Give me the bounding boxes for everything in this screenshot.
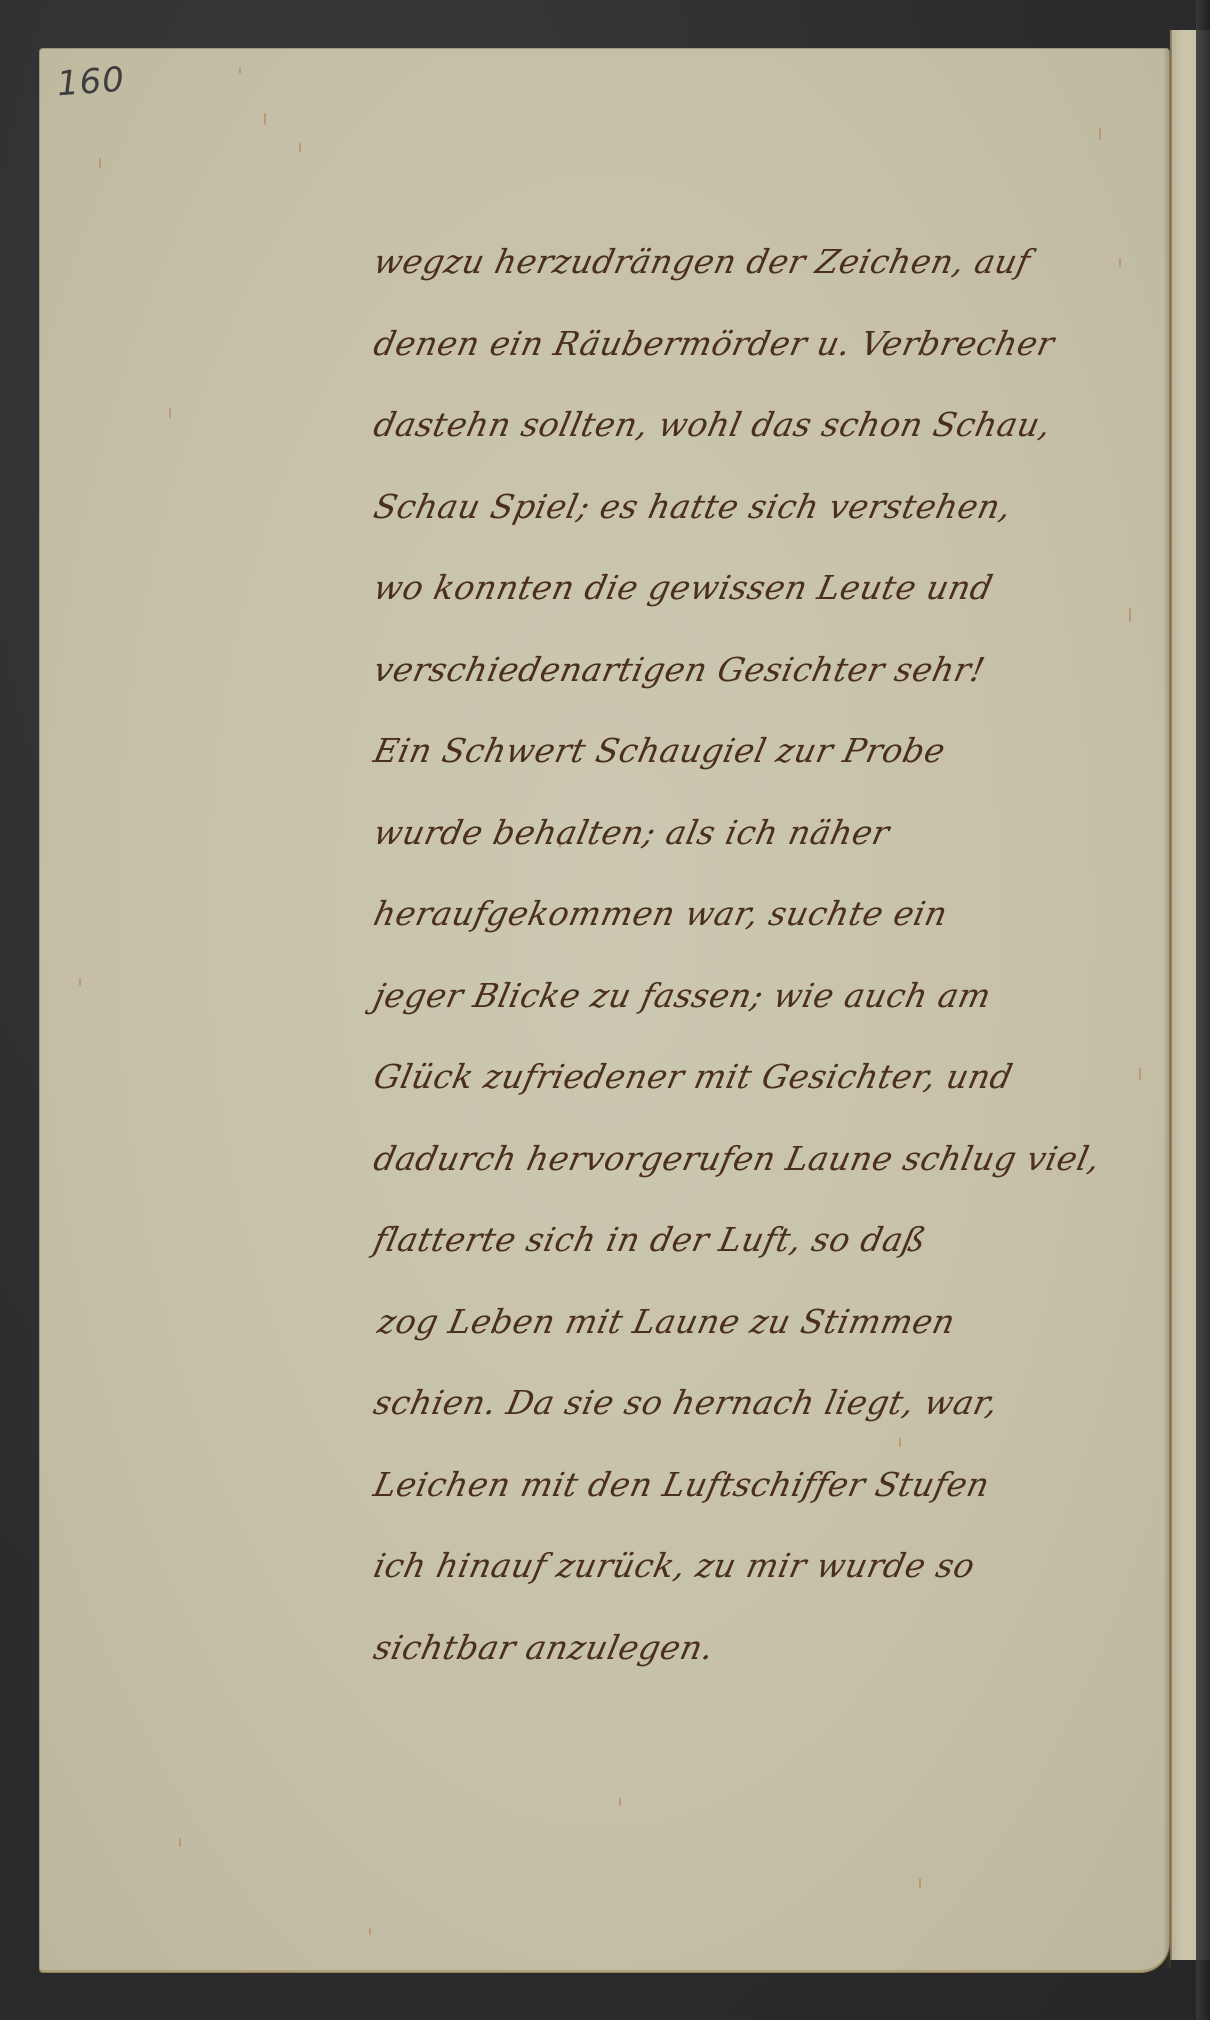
text-line-content: ich hinauf zurück, zu mir wurde so — [368, 1536, 981, 1596]
text-line: Leichen mit den Luftschiffer Stufen — [363, 1455, 1100, 1537]
paper-fiber — [264, 113, 266, 125]
text-line-content: wo konnten die gewissen Leute und — [368, 558, 999, 618]
text-line: wo konnten die gewissen Leute und — [363, 558, 1100, 640]
text-line-content: denen ein Räubermörder u. Verbrecher — [368, 314, 1060, 374]
text-line: denen ein Räubermörder u. Verbrecher — [363, 314, 1100, 396]
text-line-content: schien. Da sie so hernach liegt, war, — [368, 1373, 1004, 1433]
paper-fiber — [919, 1878, 921, 1888]
text-line: Schau Spiel; es hatte sich verstehen, — [363, 477, 1100, 559]
paper-fiber — [99, 158, 101, 168]
text-line-content: wegzu herzudrängen der Zeichen, auf — [368, 232, 1036, 292]
text-line: ich hinauf zurück, zu mir wurde so — [363, 1536, 1100, 1618]
text-line: jeger Blicke zu fassen; wie auch am — [363, 966, 1100, 1048]
text-line-content: Glück zufriedener mit Gesichter, und — [368, 1047, 1019, 1107]
text-line-content: zog Leben mit Laune zu Stimmen — [372, 1292, 961, 1352]
text-line: wurde behalten; als ich näher — [363, 803, 1100, 885]
text-line: verschiedenartigen Gesichter sehr! — [363, 640, 1100, 722]
text-line: sichtbar anzulegen. — [363, 1618, 1100, 1700]
paper-fiber — [369, 1928, 371, 1935]
text-line: zog Leben mit Laune zu Stimmen — [363, 1292, 1100, 1374]
text-line-content: verschiedenartigen Gesichter sehr! — [368, 640, 991, 700]
folio-number: 160 — [56, 60, 127, 105]
text-line: schien. Da sie so hernach liegt, war, — [363, 1373, 1100, 1455]
text-line-content: Schau Spiel; es hatte sich verstehen, — [368, 477, 1017, 537]
text-line: dadurch hervorgerufen Laune schlug viel, — [363, 1129, 1100, 1211]
page-gutter-shadow — [1163, 48, 1171, 1968]
paper-fiber — [1119, 258, 1121, 267]
text-line-content: flatterte sich in der Luft, so daß — [368, 1210, 932, 1270]
text-line-content: jeger Blicke zu fassen; wie auch am — [368, 966, 997, 1026]
text-line: Ein Schwert Schaugiel zur Probe — [363, 721, 1100, 803]
paper-fiber — [619, 1798, 621, 1806]
binding-edge — [1196, 0, 1210, 2020]
text-line-content: heraufgekommen war, suchte ein — [368, 884, 953, 944]
text-line-content: dastehn sollten, wohl das schon Schau, — [368, 395, 1057, 455]
text-line-content: dadurch hervorgerufen Laune schlug viel, — [368, 1129, 1106, 1189]
text-line-content: wurde behalten; als ich näher — [368, 803, 895, 863]
text-line: Glück zufriedener mit Gesichter, und — [363, 1047, 1100, 1129]
handwritten-text-block: wegzu herzudrängen der Zeichen, auf dene… — [372, 232, 1092, 1699]
text-line: wegzu herzudrängen der Zeichen, auf — [363, 232, 1100, 314]
paper-fiber — [79, 978, 81, 986]
text-line: flatterte sich in der Luft, so daß — [363, 1210, 1100, 1292]
paper-fiber — [1099, 128, 1101, 140]
paper-fiber — [169, 408, 171, 418]
paper-fiber — [179, 1838, 181, 1847]
text-line-content: Leichen mit den Luftschiffer Stufen — [368, 1455, 995, 1515]
paper-fiber — [1129, 608, 1131, 622]
paper-fiber — [299, 143, 301, 152]
text-line: dastehn sollten, wohl das schon Schau, — [363, 395, 1100, 477]
text-line-content: Ein Schwert Schaugiel zur Probe — [368, 721, 951, 781]
text-line: heraufgekommen war, suchte ein — [363, 884, 1100, 966]
paper-fiber — [1139, 1068, 1141, 1080]
text-line-content: sichtbar anzulegen. — [368, 1618, 720, 1678]
paper-fiber — [239, 68, 241, 74]
